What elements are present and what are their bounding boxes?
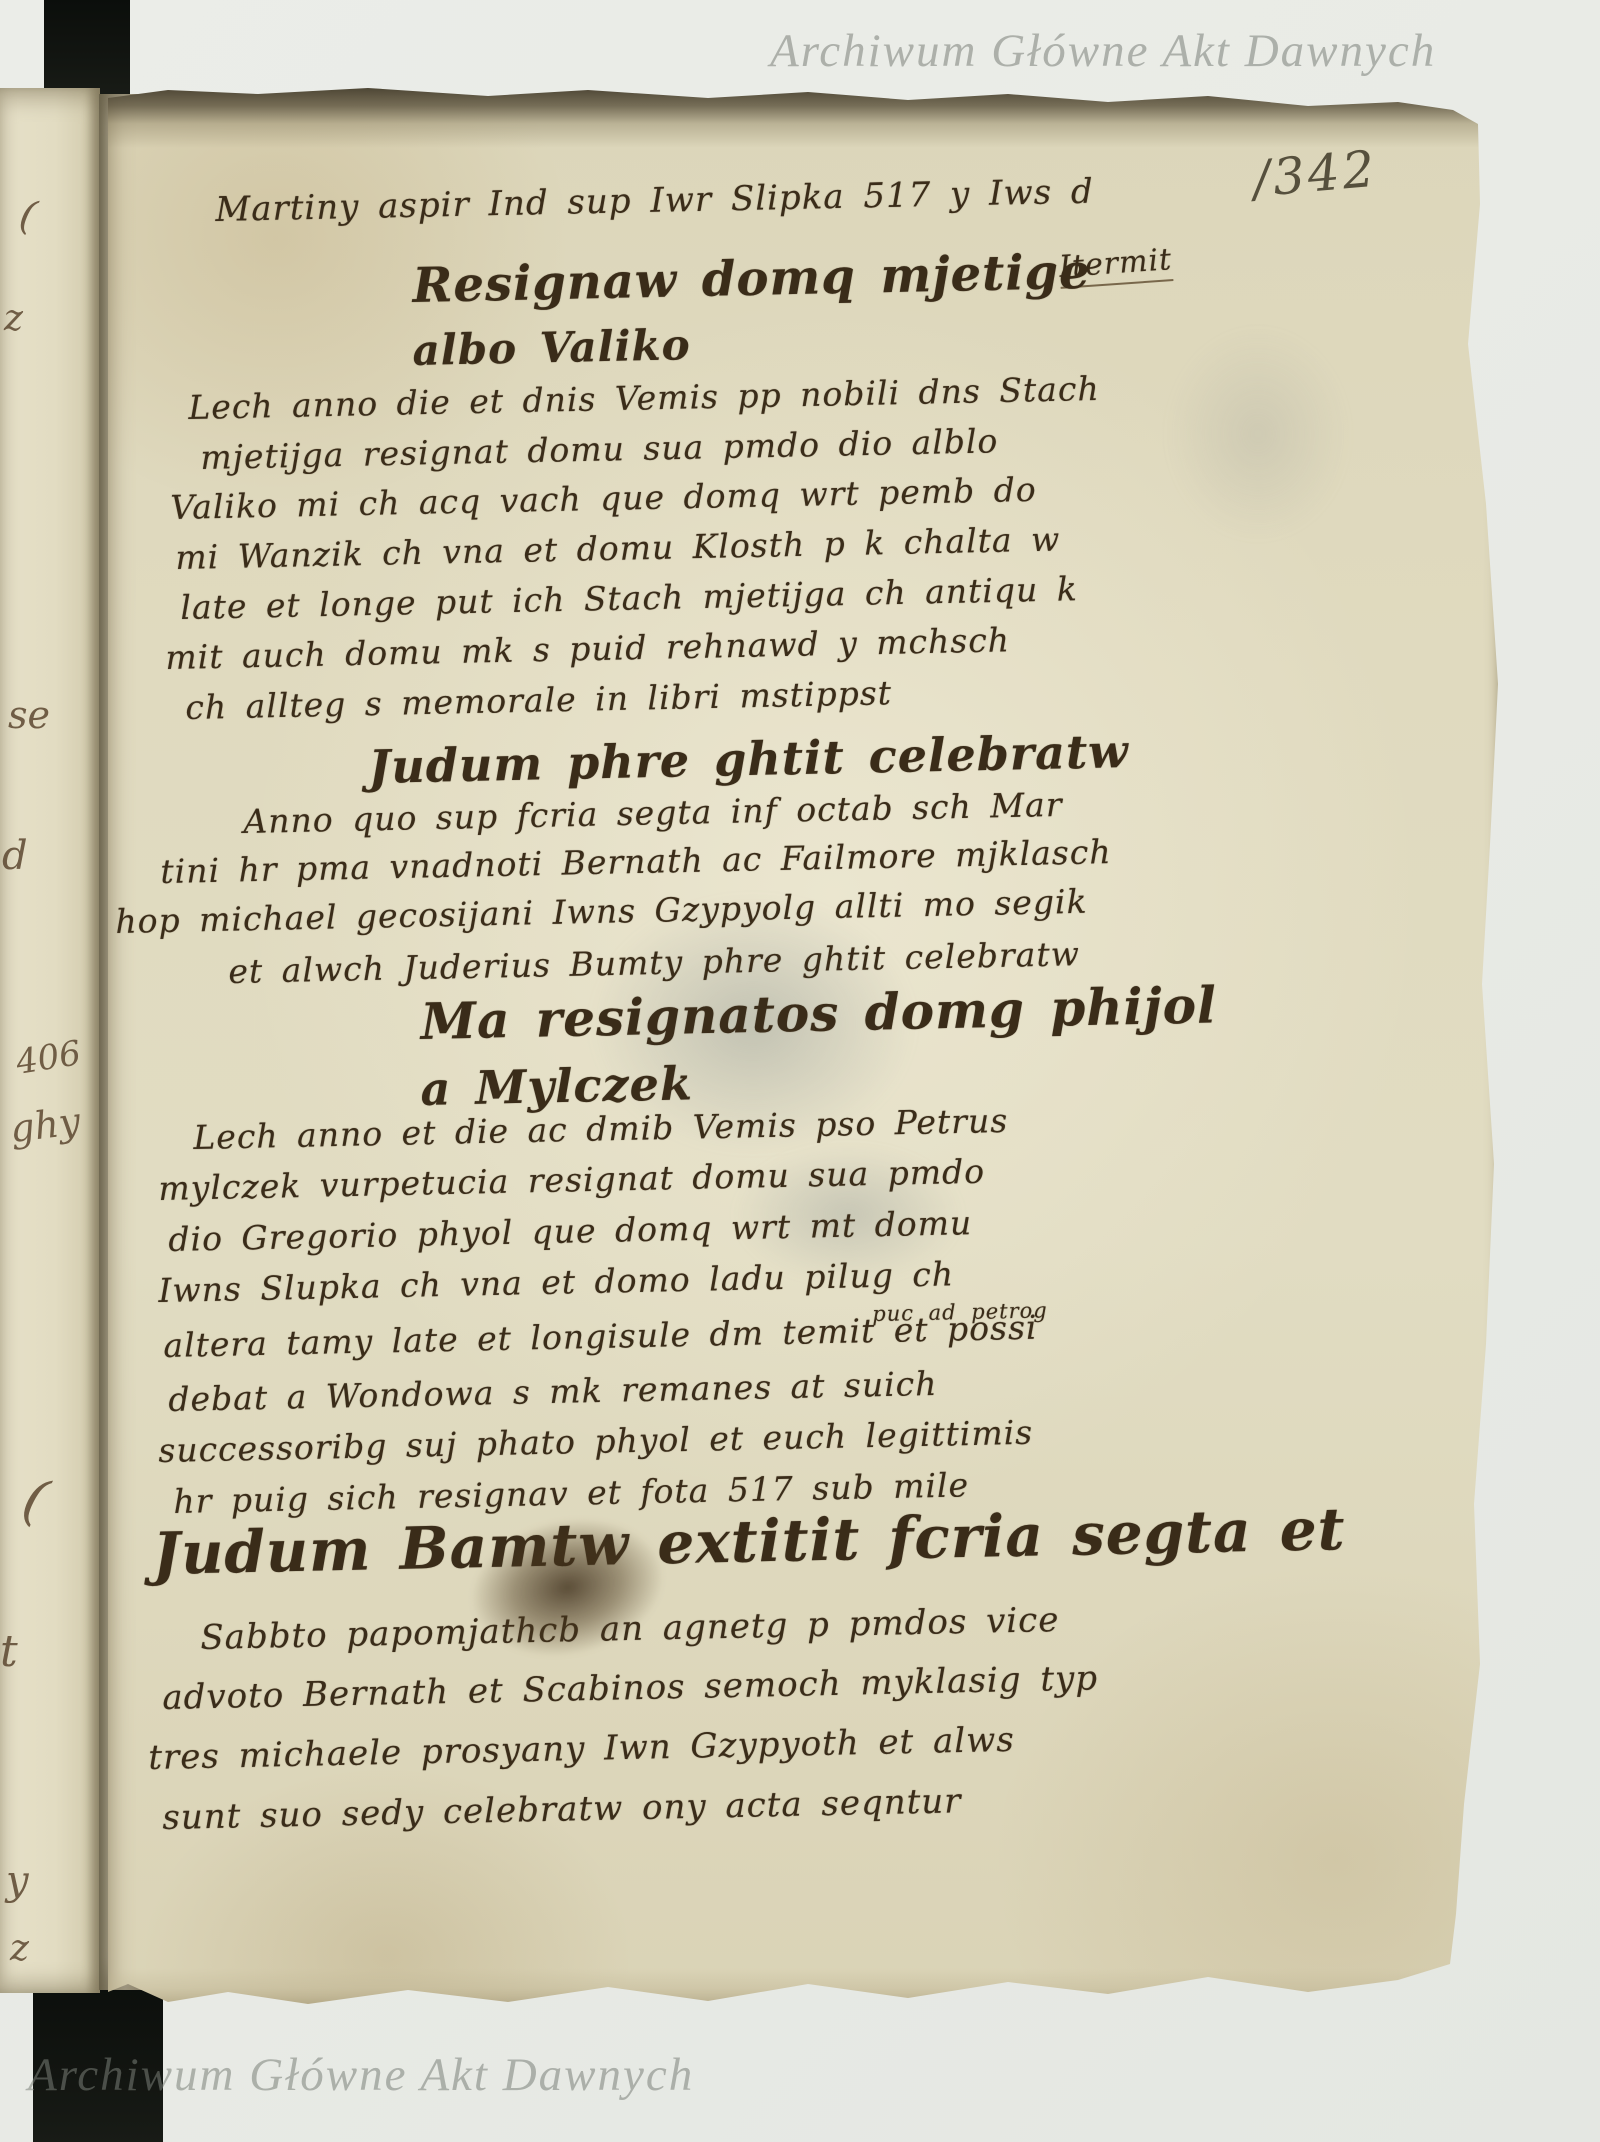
ms-heading-resignatio-mietige: Resignaw domq mjetige xyxy=(412,244,1091,314)
handwriting-layer: /342 Martiny aspir Ind sup Iwr Slipka 51… xyxy=(0,0,1600,2142)
ms-line: Lech anno die et dnis Vemis pp nobili dn… xyxy=(188,369,1100,427)
ms-line: tini hr pma vnadnoti Bernath ac Failmore… xyxy=(160,832,1112,891)
ms-line: dio Gregorio phyol que domq wrt mt domu xyxy=(168,1203,973,1259)
ms-line: Iwns Slupka ch vna et domo ladu pilug ch xyxy=(158,1254,954,1310)
ms-subheading-a-mylczek: a Mylczek xyxy=(420,1056,693,1116)
ms-line: altera tamy late et longisule dm temit e… xyxy=(163,1308,1038,1365)
ms-line: tres michaele prosyany Iwn Gzypyoth et a… xyxy=(148,1720,1015,1778)
ms-line: mi Wanzik ch vna et domu Klosth p k chal… xyxy=(175,519,1061,577)
ms-top-note: Martiny aspir Ind sup Iwr Slipka 517 y I… xyxy=(215,172,1094,230)
ms-heading-resignatio-phiol: Ma resignatos domg phijol xyxy=(420,975,1218,1051)
ms-line: hop michael gecosijani Iwns Gzypyolg all… xyxy=(115,882,1088,941)
archive-watermark-bottom: Archiwum Główne Akt Dawnych xyxy=(28,2048,694,2102)
ms-line: Valiko mi ch acq vach que domq wrt pemb … xyxy=(170,470,1037,527)
ms-line: sunt suo sedy celebratw ony acta seqntur xyxy=(162,1781,962,1838)
archive-watermark-top: Archiwum Główne Akt Dawnych xyxy=(770,24,1436,78)
ms-line: advoto Bernath et Scabinos semoch myklas… xyxy=(162,1658,1098,1718)
ms-line: Anno quo sup fcria segta inf octab sch M… xyxy=(243,785,1063,841)
ms-line: successoribg suj phato phyol et euch leg… xyxy=(158,1413,1034,1470)
ms-line: ch allteg s memorale in libri mstippst xyxy=(185,673,892,727)
ms-line: mjetijga resignat domu sua pmdo dio albl… xyxy=(200,421,999,477)
ms-line: late et longe put ich Stach mjetijga ch … xyxy=(180,569,1078,627)
ms-line: debat a Wondowa s mk remanes at suich xyxy=(168,1364,938,1419)
scanned-manuscript-photo: ( z se d 406 ghy ( t y z /342 Martiny as… xyxy=(0,0,1600,2142)
ms-line: mit auch domu mk s puid rehnawd y mchsch xyxy=(165,620,1010,677)
ms-heading-iudicium-celebratum: Judum phre ghtit celebratw xyxy=(368,724,1129,794)
ms-line: Lech anno et die ac dmib Vemis pso Petru… xyxy=(193,1101,1009,1157)
ms-subheading-albo-valiko: albo Valiko xyxy=(412,320,691,375)
folio-number: /342 xyxy=(1251,140,1380,209)
ms-line: mylczek vurpetucia resignat domu sua pmd… xyxy=(158,1152,985,1208)
